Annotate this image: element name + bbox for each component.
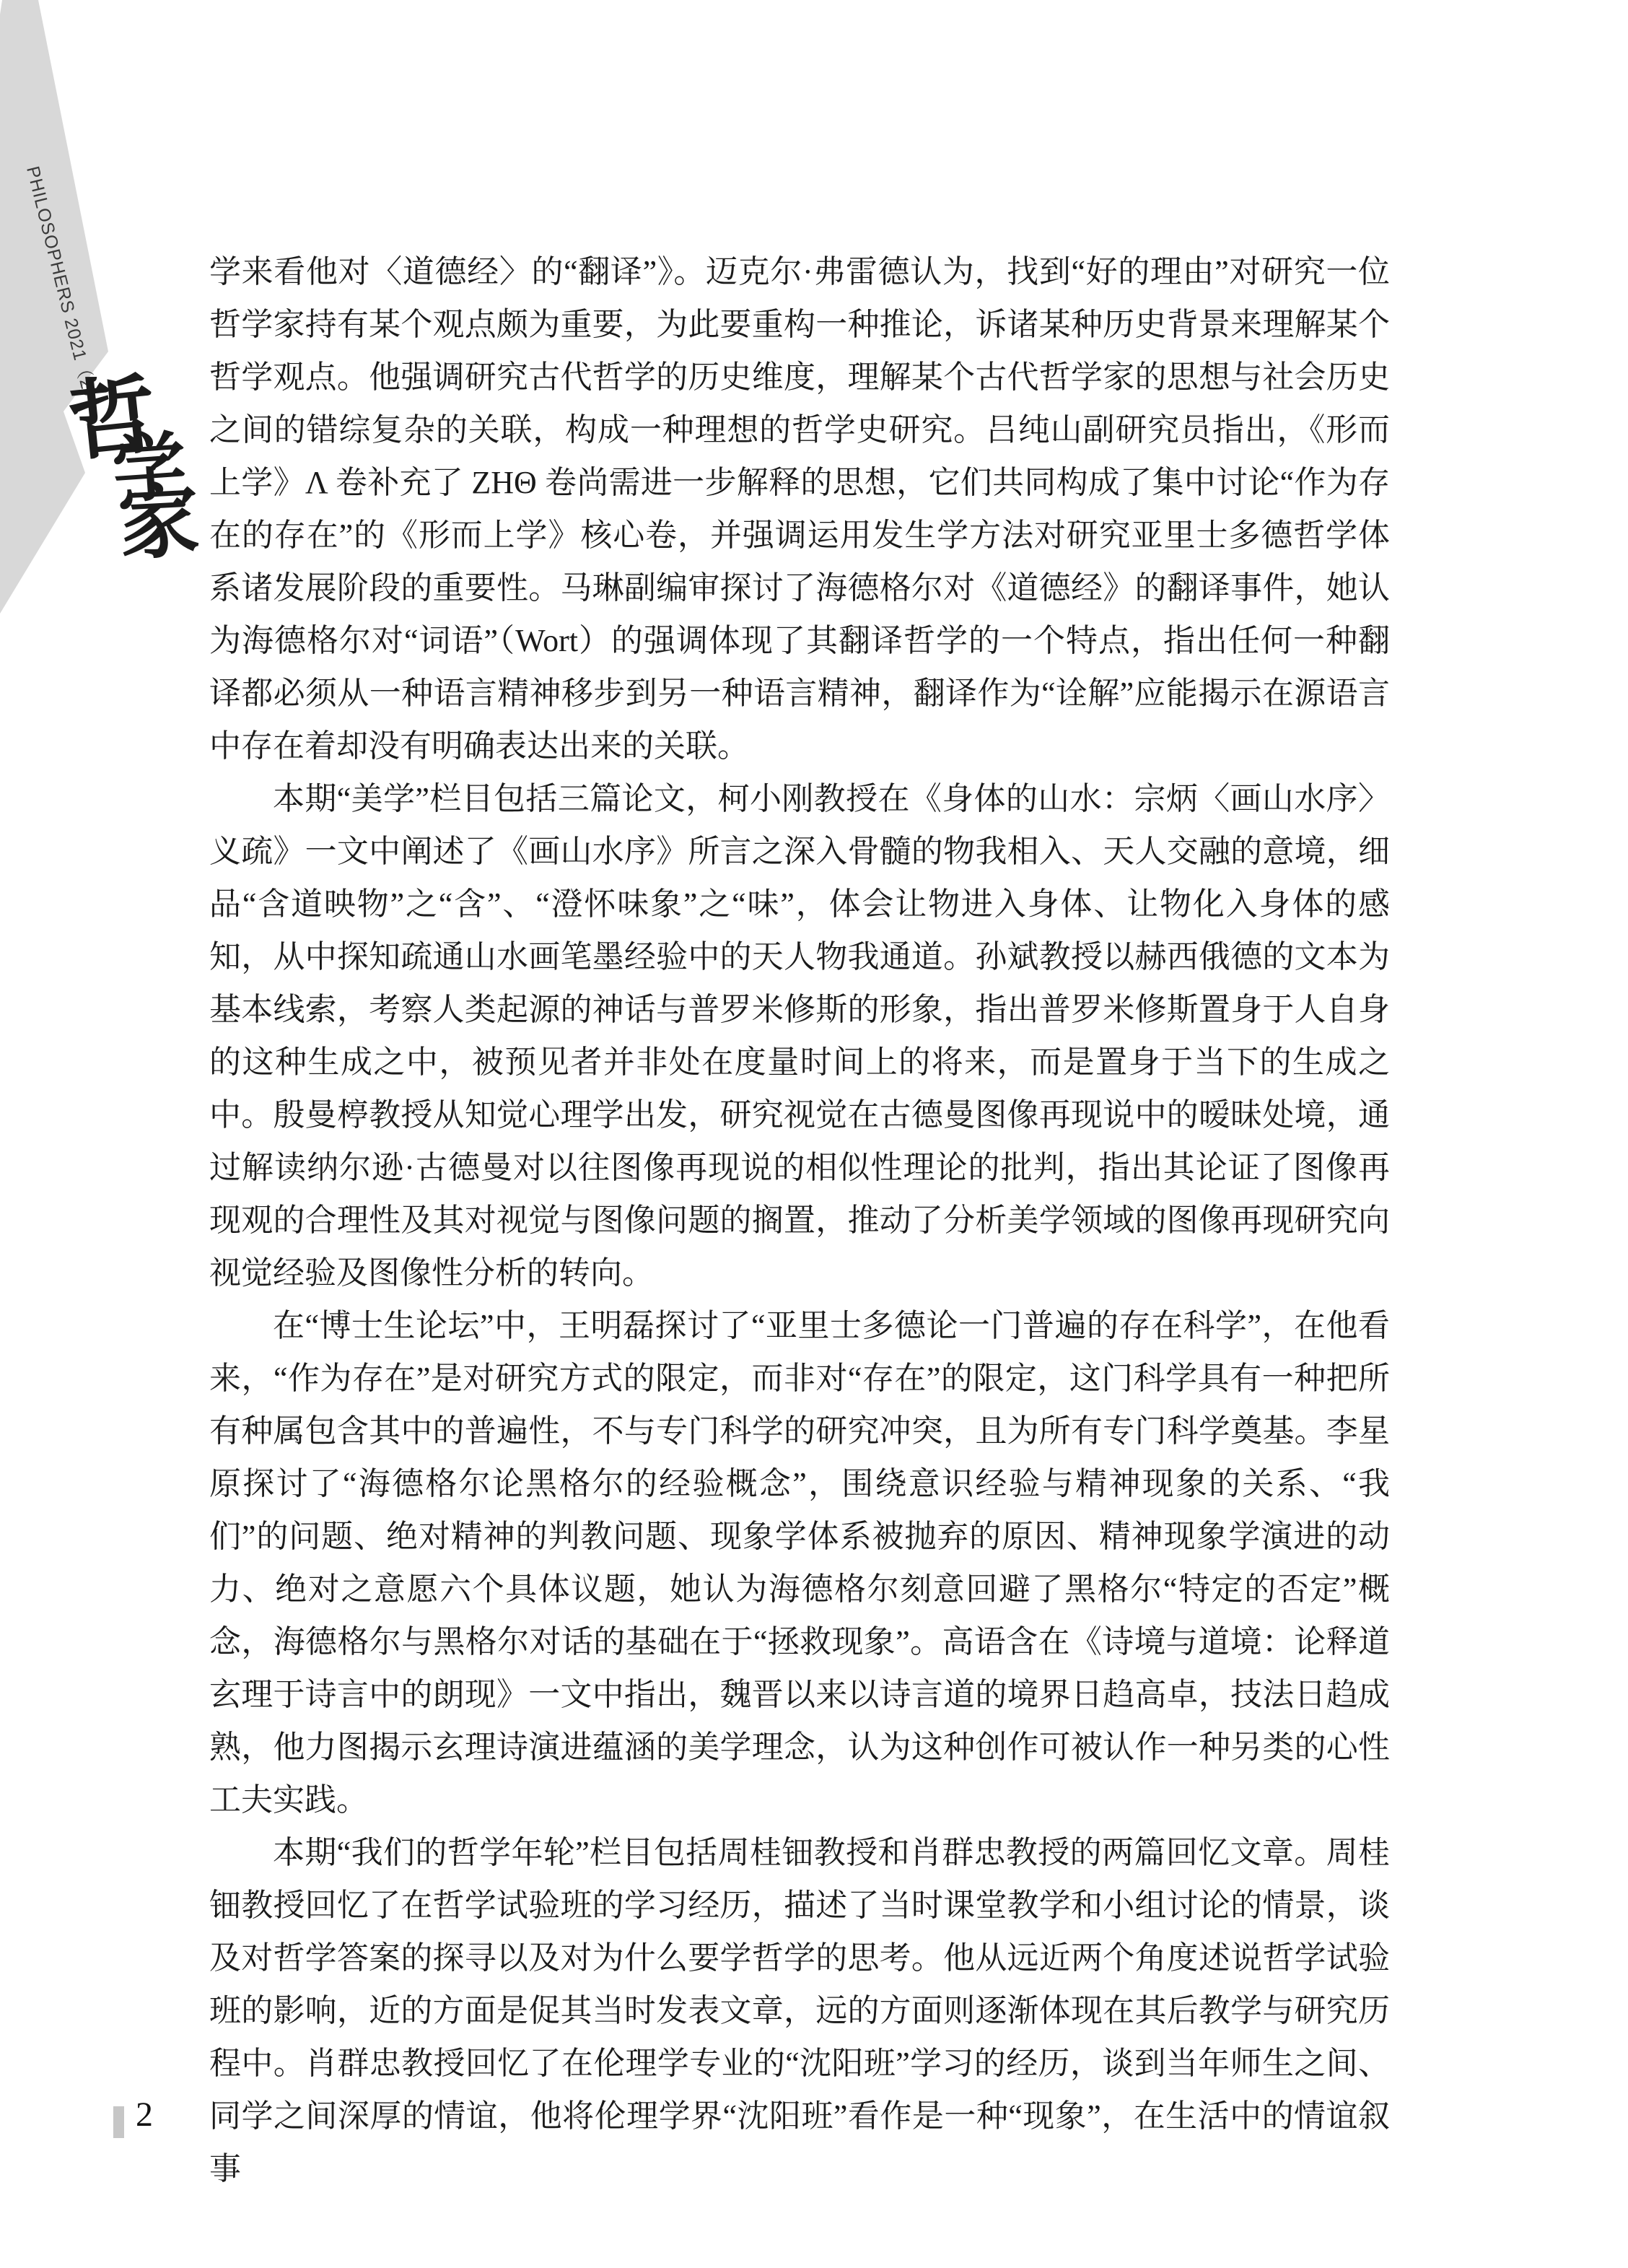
page-number-bar [113,2106,124,2138]
ribbon-polygon [0,0,108,614]
paragraph-continuation: 学来看他对〈道德经〉的“翻译”》。迈克尔·弗雷德认为，找到“好的理由”对研究一位… [209,245,1390,772]
journal-page: { "sidebar": { "series_label": "PHILOSOP… [0,0,1628,2268]
paragraph-aesthetics-section: 本期“美学”栏目包括三篇论文，柯小刚教授在《身体的山水：宗炳〈画山水序〉义疏》一… [209,772,1390,1299]
paragraph-doctoral-forum-section: 在“博士生论坛”中，王明磊探讨了“亚里士多德论一门普遍的存在科学”，在他看来，“… [209,1299,1390,1826]
body-text-column: 学来看他对〈道德经〉的“翻译”》。迈克尔·弗雷德认为，找到“好的理由”对研究一位… [209,245,1390,2195]
calligraphy-char-jia: 家 [116,480,201,565]
page-number: 2 [136,2095,153,2134]
paragraph-philosophy-annual-section: 本期“我们的哲学年轮”栏目包括周桂钿教授和肖群忠教授的两篇回忆文章。周桂钿教授回… [209,1826,1390,2195]
